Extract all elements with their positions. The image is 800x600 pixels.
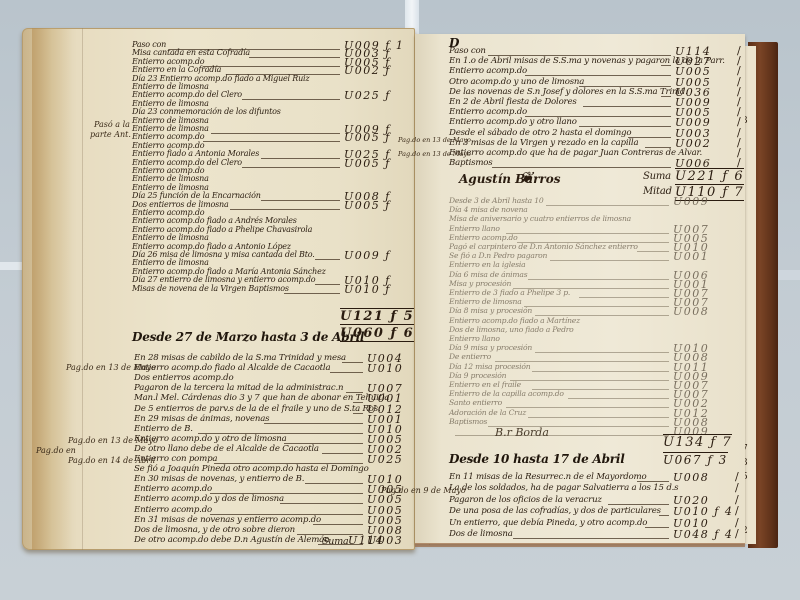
ledger-entry-text: Misas de novena de la Virgen Baptismos (132, 284, 289, 293)
ledger-entry-text: Entierro llano (449, 334, 500, 343)
ledger-entry-text: Entierro acomp.do (134, 505, 212, 515)
leader-line (330, 372, 363, 373)
ledger-entry-text: En 31 misas de novenas y entierro acomp.… (134, 515, 321, 525)
sum-value: U114 (348, 534, 384, 547)
leader-line (305, 483, 363, 484)
leader-line (264, 423, 363, 424)
section-heading: Desde 27 de Marzo hasta 3 de Abril (132, 330, 364, 344)
leader-line (261, 200, 340, 201)
leader-line (513, 538, 669, 539)
ledger-entry-text: Dos de limosna (449, 529, 513, 539)
sum-label: Suma (322, 536, 349, 547)
leader-line (546, 205, 669, 206)
ledger-entry-text: Entierro con pompa (134, 454, 217, 464)
ledger-entry-text: Entierro acomp.do y otro llano (449, 117, 577, 127)
ledger-entry-text: Día 6 misa de ánimas (449, 270, 527, 279)
signature: Agustín Barros (459, 172, 561, 186)
leader-line (242, 99, 340, 100)
ledger-entry-text: Entierro de B. (134, 424, 193, 434)
leader-line (342, 362, 363, 363)
ledger-entry-text: Pagaron de los oficios de la veracruz (449, 495, 602, 505)
ledger-entry-text: Día 9 procesión (449, 371, 506, 380)
leader-line (579, 297, 669, 298)
ledger-entry-text: Día 8 misa y procesión (449, 306, 532, 315)
ledger-entry-text: En 30 misas de novenas, y entierro de B. (134, 474, 304, 484)
ledger-entry-text: En 29 misas de ánimas, novenas (134, 414, 269, 424)
ledger-entry-text: Entierro de limosna (449, 297, 522, 306)
check-mark-icon: / (735, 527, 739, 540)
ledger-amount: U005 ƒ (344, 199, 391, 212)
leader-line (315, 259, 340, 260)
photo-scene: 3 7 3 5 2 Pasó a la parte Ant. Paso conU… (0, 0, 800, 600)
leader-line (506, 407, 669, 408)
leader-line (524, 306, 669, 307)
margin-note: Pag.do en 13 de Mayo (398, 136, 471, 144)
leader-line (608, 504, 669, 505)
ledger-entry-text: La de los soldados, ha de pagar Salvatie… (449, 483, 678, 493)
leader-line (535, 352, 669, 353)
ledger-entry-text: Entierro acomp.do fiado a Martínez (449, 316, 580, 325)
leader-line (583, 106, 671, 107)
ledger-entry-text: Paso con (449, 46, 486, 56)
leader-line (242, 167, 340, 168)
ledger-entry-text: Entierro acomp.do que ha de pagar Juan C… (449, 148, 702, 158)
ledger-amount: U008 (673, 305, 709, 318)
leader-line (492, 167, 671, 168)
mitad-label: Mitad (643, 186, 672, 197)
ledger-entry-text: Dos de limosna, y de otro sobre dieron (134, 525, 295, 535)
ledger-entry-text: Pagaron de la tercera la mitad de la adm… (134, 383, 343, 393)
leader-line (313, 524, 363, 525)
ledger-entry-text: Desde el sábado de otro 2 hasta el domin… (449, 128, 631, 138)
leader-line (645, 527, 669, 528)
ledger-entry-text: En 2 de Abril fiesta de Dolores (449, 97, 577, 107)
ledger-entry-text: Desde 3 de Abril hasta 10 (449, 196, 543, 205)
ledger-entry-text: Misa de aniversario y cuatro entierros d… (449, 214, 631, 223)
ledger-entry-text: Entierro en la iglesia (449, 260, 526, 269)
leader-line (322, 453, 363, 454)
page-edge (415, 543, 745, 547)
ledger-entry-text: En 3 misas de la Virgen y rezado en la c… (449, 138, 638, 148)
ledger-entry-text: De las novenas de S.n Josef y dolores en… (449, 87, 688, 97)
leader-line (280, 503, 363, 504)
margin-note: Pag.do en 13 de Mayo (398, 150, 471, 158)
leader-line (506, 233, 669, 234)
leader-line (532, 371, 669, 372)
mitad-value: U067 ƒ 3 (663, 452, 728, 467)
ledger-amount: U025 (367, 453, 403, 466)
ledger-amount: U025 ƒ (344, 89, 391, 102)
ledger-entry-text: De otro acomp.do debe D.n Agustín de Ale… (134, 535, 329, 545)
leader-line (230, 209, 340, 210)
leader-line (659, 515, 669, 516)
margin-note: Pag.do en (36, 446, 76, 455)
ledger-amount: U005 ƒ (344, 131, 391, 144)
leader-line (455, 435, 669, 436)
ledger-entry-text: Entierro de 3 fiado a Phelipe 3 p. (449, 288, 570, 297)
leader-line (203, 66, 340, 67)
ledger-amount: U009 ƒ (344, 249, 391, 262)
leader-line (261, 158, 340, 159)
ledger-amount: U008 (673, 471, 709, 484)
ledger-entry-text: Baptismos (449, 158, 493, 168)
leader-line (661, 96, 671, 97)
ledger-entry-text: Día 9 misa y procesión (449, 343, 532, 352)
ledger-entry-text: Misa y procesión (449, 279, 511, 288)
ledger-entry-text: Entierro acomp.do (449, 233, 518, 242)
leader-line (284, 293, 340, 294)
leader-line (528, 279, 669, 280)
ledger-entry-text: Entierro en el fraile (449, 380, 521, 389)
signature: B.r Borda (495, 426, 549, 439)
ledger-entry-text: Entierro acomp.do fiado al Alcalde de Ca… (134, 363, 330, 373)
ledger-entry-text: Día 4 misa de novena (449, 205, 528, 214)
leader-line (550, 260, 669, 261)
ledger-entry-text: Se fió a D.n Pedro pagaron (449, 251, 547, 260)
leader-line (203, 141, 340, 142)
ledger-entry-text: Otro acomp.do y uno de limosna (449, 77, 584, 87)
ledger-entry-text: Entierro acomp.do (449, 66, 527, 76)
margin-note: Pag.do en 9 de Mayo (381, 486, 466, 495)
right-page: D Paso conU114/En 1.o de Abril misas de … (415, 34, 745, 544)
section-heading: Desde 10 hasta 17 de Abril (449, 452, 625, 466)
ledger-entry-text: Entierro acomp.do (449, 107, 527, 117)
ledger-entry-text: Baptismos (449, 417, 487, 426)
page-fold (82, 28, 83, 550)
leader-line (353, 413, 363, 414)
ledger-entry-text: Pagó el carpintero de D.n Antonio Sánche… (449, 242, 638, 251)
ledger-entry-text: Entierro de la capilla acomp.do (449, 389, 564, 398)
ledger-amount: U002 ƒ (344, 64, 391, 77)
ledger-entry-text: De entierro (449, 352, 491, 361)
ledger-entry-text: En 28 misas de cabildo de la S.ma Trinid… (134, 353, 346, 363)
ledger-entry-text: Día 12 misa procesión (449, 362, 530, 371)
leader-line (510, 380, 669, 381)
ledger-entry-text: Entierro acomp.do y dos de limosna (134, 494, 284, 504)
ledger-entry-text: En 11 misas de la Resurrec.n de el Mayor… (449, 472, 646, 482)
margin-note: Pasó a la (94, 120, 130, 129)
ledger-amount: U001 (673, 250, 709, 263)
ledger-entry-text: Man.l Mel. Cárdenas dio 3 y 7 que han de… (134, 393, 389, 403)
rubric-flourish-icon: ❦ (520, 168, 533, 187)
ledger-entry-text: Adoración de la Cruz (449, 408, 526, 417)
ledger-amount: U010 (367, 362, 403, 375)
leader-line (528, 417, 669, 418)
ledger-entry-text: Dos de limosna, uno fiado a Pedro (449, 325, 574, 334)
page-stain (32, 28, 72, 550)
ledger-entry-text: Entierro acomp.do y otro de limosna (134, 434, 287, 444)
subtotal: U121 ƒ 5 (340, 308, 414, 325)
leader-line (211, 133, 340, 134)
ledger-entry-text: Dos entierros acomp.do (134, 373, 233, 383)
ledger-amount: U009 (673, 195, 709, 208)
ledger-entry-text: De una posa de las cofradías, y dos de p… (449, 506, 661, 516)
leader-line (661, 65, 671, 66)
leader-line (637, 251, 669, 252)
ledger-entry-text: Entierro llano (449, 224, 500, 233)
ledger-entry-text: Un entierro, que debía Pineda, y otro ac… (449, 518, 647, 528)
leader-line (249, 57, 340, 58)
leader-line (568, 398, 669, 399)
sum-label: Suma (643, 171, 671, 182)
ledger-amount: U048 ƒ 4 (673, 528, 733, 541)
leader-line (637, 481, 669, 482)
left-page: Pasó a la parte Ant. Paso conU009 ƒ 1Mis… (22, 28, 415, 550)
ledger-amount: U010 ƒ (344, 283, 391, 296)
ledger-entry-text: De 5 entierros de parv.s de la de el fra… (134, 404, 381, 414)
sum-value: U134 ƒ 7 (663, 434, 732, 450)
ledger-entry-text: Se fió a Joaquín Pineda otro acomp.do ha… (134, 464, 369, 474)
ledger-entry-text: De otro llano debe de el Alcalde de Caca… (134, 444, 319, 454)
ledger-entry-text: Entierro acomp.do (134, 484, 212, 494)
ledger-entry-text: Santo entierro (449, 398, 502, 407)
ledger-amount: U005 ƒ (344, 157, 391, 170)
leader-line (315, 284, 340, 285)
sum-value: U221 ƒ 6 (675, 168, 744, 184)
margin-note: parte Ant. (90, 130, 131, 139)
